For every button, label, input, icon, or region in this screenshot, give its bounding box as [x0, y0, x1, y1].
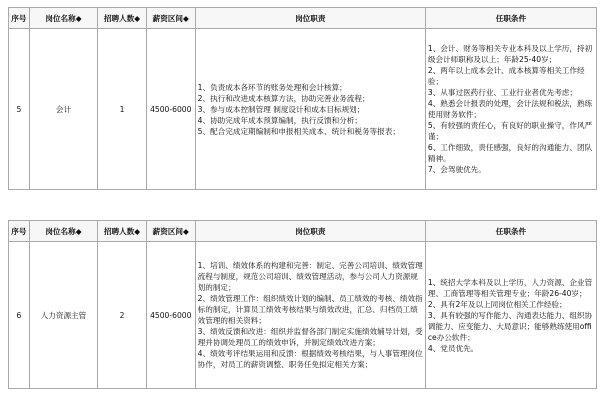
- header-position-name[interactable]: 岗位名称◆: [29, 8, 97, 29]
- header-salary-range[interactable]: 薪资区间◆: [146, 8, 195, 29]
- cell-duties: 1、负责成本各环节的账务处理和会计核算； 2、执行和改进成本核算方法，协助完善业…: [195, 29, 425, 190]
- table-row: 5 会计 1 4500-6000 1、负责成本各环节的账务处理和会计核算； 2、…: [9, 29, 597, 190]
- header-position-name[interactable]: 岗位名称◆: [29, 221, 97, 242]
- job-table-hr-supervisor: 序号 岗位名称◆ 招聘人数◆ 薪资区间◆ 岗位职责 任职条件 6 人力资源主管 …: [8, 220, 597, 389]
- header-no: 序号: [9, 221, 30, 242]
- table-header-row: 序号 岗位名称◆ 招聘人数◆ 薪资区间◆ 岗位职责 任职条件: [9, 8, 597, 29]
- cell-headcount: 1: [98, 29, 147, 190]
- table-header-row: 序号 岗位名称◆ 招聘人数◆ 薪资区间◆ 岗位职责 任职条件: [9, 221, 597, 242]
- table-row: 6 人力资源主管 2 4500-6000 1、培训、绩效体系的构建和完善：制定、…: [9, 242, 597, 389]
- header-headcount[interactable]: 招聘人数◆: [98, 8, 147, 29]
- cell-duties: 1、培训、绩效体系的构建和完善：制定、完善公司培训、绩效管理流程与制度，规范公司…: [195, 242, 425, 389]
- cell-headcount: 2: [98, 242, 147, 389]
- cell-position-name: 人力资源主管: [29, 242, 97, 389]
- header-duties: 岗位职责: [195, 221, 425, 242]
- cell-requirements: 1、会计、财务等相关专业本科及以上学历，持初级会计师职称及以上；年龄25-40岁…: [425, 29, 596, 190]
- cell-requirements: 1、统招大学本科及以上学历，人力资源、企业管理、工商管理等相关管理专业；年龄26…: [425, 242, 596, 389]
- cell-no: 5: [9, 29, 30, 190]
- header-requirements: 任职条件: [425, 8, 596, 29]
- cell-position-name: 会计: [29, 29, 97, 190]
- cell-no: 6: [9, 242, 30, 389]
- job-table-accountant: 序号 岗位名称◆ 招聘人数◆ 薪资区间◆ 岗位职责 任职条件 5 会计 1 45…: [8, 7, 597, 190]
- header-requirements: 任职条件: [425, 221, 596, 242]
- cell-salary-range: 4500-6000: [146, 242, 195, 389]
- header-duties: 岗位职责: [195, 8, 425, 29]
- header-headcount[interactable]: 招聘人数◆: [98, 221, 147, 242]
- header-salary-range[interactable]: 薪资区间◆: [146, 221, 195, 242]
- cell-salary-range: 4500-6000: [146, 29, 195, 190]
- header-no: 序号: [9, 8, 30, 29]
